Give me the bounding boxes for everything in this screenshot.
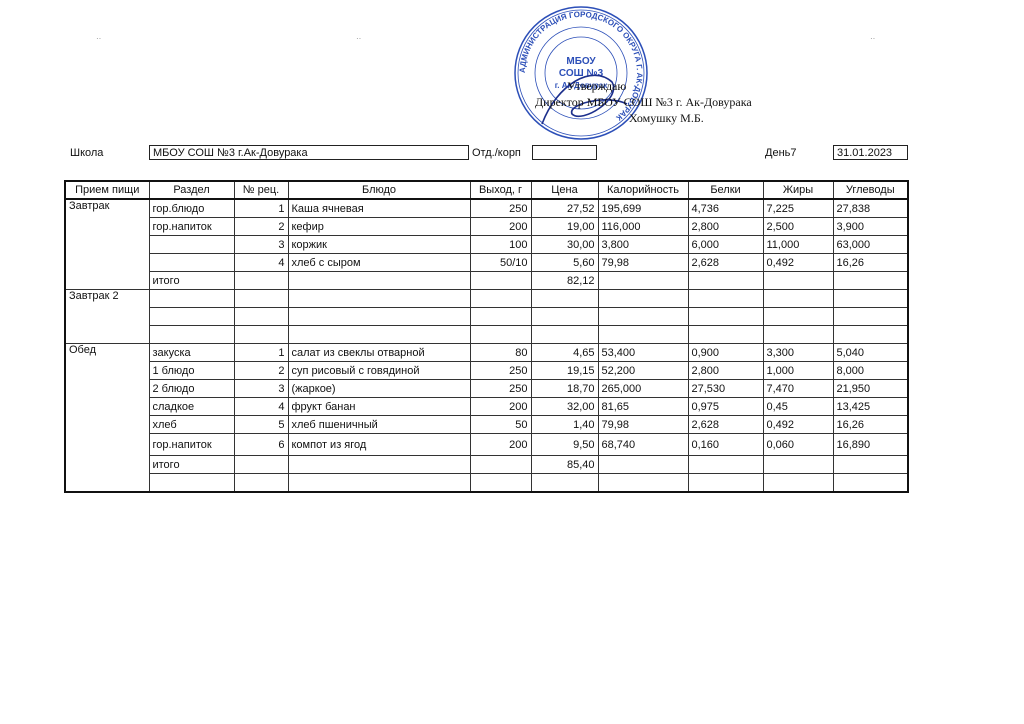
cell-section: 2 блюдо: [149, 380, 234, 398]
cell-section: [149, 474, 234, 493]
cell-price: 5,60: [531, 254, 598, 272]
table-row: Обедзакуска1салат из свеклы отварной804,…: [65, 344, 908, 362]
school-field[interactable]: МБОУ СОШ №3 г.Ак-Довурака: [149, 145, 469, 160]
table-row: итого82,12: [65, 272, 908, 290]
cell-fat: 0,45: [763, 398, 833, 416]
cell-protein: 0,900: [688, 344, 763, 362]
cell-carbs: 16,890: [833, 434, 908, 456]
cell-carbs: [833, 290, 908, 308]
cell-price: [531, 290, 598, 308]
column-header: Цена: [531, 181, 598, 199]
cell-kcal: [598, 308, 688, 326]
cell-dish: [288, 290, 470, 308]
cell-fat: [763, 474, 833, 493]
day-label: День7: [765, 147, 797, 159]
cell-rec: [234, 456, 288, 474]
date-field[interactable]: 31.01.2023: [833, 145, 908, 160]
cell-section: [149, 326, 234, 344]
cell-rec: [234, 326, 288, 344]
cell-fat: 0,060: [763, 434, 833, 456]
cell-fat: [763, 290, 833, 308]
column-header: Выход, г: [470, 181, 531, 199]
cell-section: итого: [149, 272, 234, 290]
cell-kcal: 52,200: [598, 362, 688, 380]
cell-fat: [763, 308, 833, 326]
table-row: 2 блюдо3(жаркое)25018,70265,00027,5307,4…: [65, 380, 908, 398]
column-header: Блюдо: [288, 181, 470, 199]
cell-protein: 0,975: [688, 398, 763, 416]
cell-carbs: [833, 308, 908, 326]
cell-carbs: 5,040: [833, 344, 908, 362]
column-header: Калорийность: [598, 181, 688, 199]
cell-yield: [470, 474, 531, 493]
cell-carbs: 3,900: [833, 218, 908, 236]
cell-dish: фрукт банан: [288, 398, 470, 416]
cell-carbs: 16,26: [833, 254, 908, 272]
cell-protein: 2,800: [688, 218, 763, 236]
column-header: Углеводы: [833, 181, 908, 199]
scan-mark: ··: [96, 34, 101, 43]
cell-yield: 50: [470, 416, 531, 434]
cell-fat: [763, 272, 833, 290]
cell-section: гор.напиток: [149, 434, 234, 456]
cell-rec: 1: [234, 199, 288, 218]
cell-rec: [234, 290, 288, 308]
cell-rec: 2: [234, 218, 288, 236]
cell-section: 1 блюдо: [149, 362, 234, 380]
cell-dish: [288, 474, 470, 493]
cell-protein: [688, 308, 763, 326]
cell-section: [149, 254, 234, 272]
cell-rec: [234, 308, 288, 326]
cell-carbs: [833, 474, 908, 493]
cell-rec: 6: [234, 434, 288, 456]
cell-dish: хлеб пшеничный: [288, 416, 470, 434]
cell-carbs: [833, 326, 908, 344]
table-row: 1 блюдо2суп рисовый с говядиной25019,155…: [65, 362, 908, 380]
cell-price: 9,50: [531, 434, 598, 456]
scan-mark: ··: [356, 34, 361, 43]
cell-section: закуска: [149, 344, 234, 362]
cell-protein: [688, 272, 763, 290]
cell-dish: кефир: [288, 218, 470, 236]
column-header: Раздел: [149, 181, 234, 199]
column-header: № рец.: [234, 181, 288, 199]
cell-section: [149, 308, 234, 326]
cell-kcal: 79,98: [598, 416, 688, 434]
approval-position: Директор МБОУ СОШ №3 г. Ак-Довурака: [535, 94, 795, 110]
cell-price: 32,00: [531, 398, 598, 416]
cell-price: 82,12: [531, 272, 598, 290]
cell-carbs: 13,425: [833, 398, 908, 416]
cell-protein: 2,628: [688, 254, 763, 272]
cell-dish: коржик: [288, 236, 470, 254]
cell-rec: 4: [234, 254, 288, 272]
cell-price: 27,52: [531, 199, 598, 218]
meal-name: Завтрак: [65, 199, 149, 290]
cell-protein: 2,628: [688, 416, 763, 434]
cell-rec: [234, 474, 288, 493]
column-header: Белки: [688, 181, 763, 199]
cell-dish: (жаркое): [288, 380, 470, 398]
cell-carbs: 63,000: [833, 236, 908, 254]
table-row: Завтрак 2: [65, 290, 908, 308]
cell-carbs: 8,000: [833, 362, 908, 380]
table-row: 4хлеб с сыром50/105,6079,982,6280,49216,…: [65, 254, 908, 272]
cell-carbs: 16,26: [833, 416, 908, 434]
cell-dish: салат из свеклы отварной: [288, 344, 470, 362]
table-header-row: Прием пищиРаздел№ рец.БлюдоВыход, гЦенаК…: [65, 181, 908, 199]
cell-yield: 250: [470, 362, 531, 380]
table-row: 3коржик10030,003,8006,00011,00063,000: [65, 236, 908, 254]
cell-kcal: 53,400: [598, 344, 688, 362]
cell-price: 30,00: [531, 236, 598, 254]
dept-label: Отд./корп: [472, 147, 521, 159]
cell-protein: [688, 326, 763, 344]
cell-yield: 50/10: [470, 254, 531, 272]
cell-kcal: [598, 272, 688, 290]
svg-text:МБОУ: МБОУ: [566, 56, 596, 67]
cell-protein: 27,530: [688, 380, 763, 398]
table-row: Завтракгор.блюдо1Каша ячневая25027,52195…: [65, 199, 908, 218]
cell-carbs: 21,950: [833, 380, 908, 398]
cell-kcal: [598, 326, 688, 344]
cell-carbs: [833, 456, 908, 474]
cell-price: 19,15: [531, 362, 598, 380]
dept-field[interactable]: [532, 145, 597, 160]
cell-fat: [763, 326, 833, 344]
cell-section: итого: [149, 456, 234, 474]
cell-section: [149, 236, 234, 254]
cell-carbs: [833, 272, 908, 290]
cell-kcal: 68,740: [598, 434, 688, 456]
cell-section: гор.напиток: [149, 218, 234, 236]
cell-yield: 200: [470, 398, 531, 416]
cell-section: сладкое: [149, 398, 234, 416]
cell-fat: 2,500: [763, 218, 833, 236]
cell-dish: хлеб с сыром: [288, 254, 470, 272]
cell-yield: [470, 272, 531, 290]
cell-fat: 11,000: [763, 236, 833, 254]
cell-yield: 100: [470, 236, 531, 254]
cell-price: [531, 326, 598, 344]
cell-kcal: 79,98: [598, 254, 688, 272]
cell-kcal: 116,000: [598, 218, 688, 236]
table-row: сладкое4фрукт банан20032,0081,650,9750,4…: [65, 398, 908, 416]
cell-fat: 7,225: [763, 199, 833, 218]
table-row: гор.напиток6компот из ягод2009,5068,7400…: [65, 434, 908, 456]
cell-dish: компот из ягод: [288, 434, 470, 456]
cell-price: [531, 474, 598, 493]
cell-yield: 80: [470, 344, 531, 362]
table-row: [65, 474, 908, 493]
cell-protein: 4,736: [688, 199, 763, 218]
cell-kcal: 265,000: [598, 380, 688, 398]
cell-kcal: 195,699: [598, 199, 688, 218]
cell-kcal: [598, 474, 688, 493]
meal-name: Завтрак 2: [65, 290, 149, 344]
cell-rec: [234, 272, 288, 290]
cell-yield: [470, 308, 531, 326]
column-header: Жиры: [763, 181, 833, 199]
menu-table: Прием пищиРаздел№ рец.БлюдоВыход, гЦенаК…: [64, 180, 909, 493]
cell-price: 4,65: [531, 344, 598, 362]
cell-dish: [288, 308, 470, 326]
cell-price: 1,40: [531, 416, 598, 434]
cell-yield: [470, 290, 531, 308]
cell-fat: 0,492: [763, 254, 833, 272]
table-row: [65, 326, 908, 344]
cell-protein: 6,000: [688, 236, 763, 254]
cell-price: 18,70: [531, 380, 598, 398]
cell-protein: 2,800: [688, 362, 763, 380]
cell-fat: 3,300: [763, 344, 833, 362]
cell-protein: [688, 456, 763, 474]
cell-price: 19,00: [531, 218, 598, 236]
table-row: [65, 308, 908, 326]
column-header: Прием пищи: [65, 181, 149, 199]
cell-yield: 200: [470, 434, 531, 456]
cell-protein: 0,160: [688, 434, 763, 456]
cell-rec: 3: [234, 236, 288, 254]
approval-block: Утверждаю Директор МБОУ СОШ №3 г. Ак-Дов…: [535, 78, 795, 126]
cell-fat: 7,470: [763, 380, 833, 398]
cell-yield: 250: [470, 380, 531, 398]
cell-dish: [288, 272, 470, 290]
cell-section: хлеб: [149, 416, 234, 434]
cell-fat: 1,000: [763, 362, 833, 380]
table-row: гор.напиток2кефир20019,00116,0002,8002,5…: [65, 218, 908, 236]
cell-yield: [470, 326, 531, 344]
cell-yield: 200: [470, 218, 531, 236]
cell-price: [531, 308, 598, 326]
cell-kcal: 81,65: [598, 398, 688, 416]
cell-dish: [288, 456, 470, 474]
cell-rec: 3: [234, 380, 288, 398]
approval-title: Утверждаю: [535, 78, 795, 94]
cell-protein: [688, 290, 763, 308]
cell-price: 85,40: [531, 456, 598, 474]
meal-name: Обед: [65, 344, 149, 493]
cell-rec: 1: [234, 344, 288, 362]
scan-mark: ··: [870, 34, 875, 43]
cell-rec: 2: [234, 362, 288, 380]
cell-dish: Каша ячневая: [288, 199, 470, 218]
cell-kcal: [598, 290, 688, 308]
cell-kcal: [598, 456, 688, 474]
cell-yield: [470, 456, 531, 474]
table-row: итого85,40: [65, 456, 908, 474]
cell-section: гор.блюдо: [149, 199, 234, 218]
cell-section: [149, 290, 234, 308]
table-row: хлеб5хлеб пшеничный501,4079,982,6280,492…: [65, 416, 908, 434]
cell-carbs: 27,838: [833, 199, 908, 218]
cell-rec: 4: [234, 398, 288, 416]
cell-dish: [288, 326, 470, 344]
school-label: Школа: [70, 147, 103, 159]
cell-fat: [763, 456, 833, 474]
cell-dish: суп рисовый с говядиной: [288, 362, 470, 380]
cell-yield: 250: [470, 199, 531, 218]
approval-name: Хомушку М.Б.: [535, 110, 795, 126]
cell-protein: [688, 474, 763, 493]
cell-kcal: 3,800: [598, 236, 688, 254]
cell-fat: 0,492: [763, 416, 833, 434]
cell-rec: 5: [234, 416, 288, 434]
